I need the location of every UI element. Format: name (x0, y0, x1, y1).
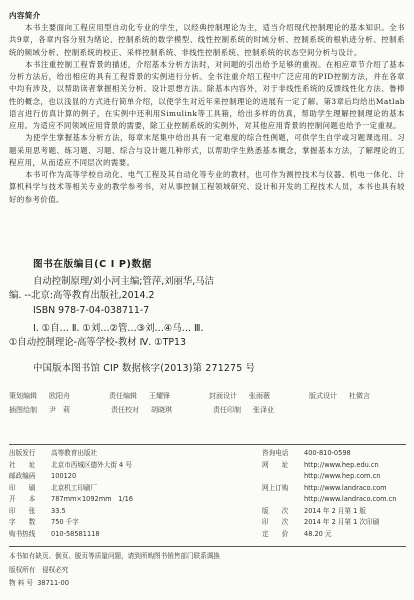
pub-value: 750 千字 (51, 517, 79, 529)
pub-row: 开 本787mm×1092mm 1/16 (9, 494, 133, 506)
quality-notice: 本书如有缺页、倒页、脱页等质量问题，请到所购图书销售部门联系调换 (9, 550, 220, 564)
publication-info-left: 出版发行高等教育出版社 社 址北京市西城区德外大街 4 号 邮政编码100120… (9, 448, 133, 540)
material-number-label: 物 料 号 (9, 579, 33, 587)
intro-title: 内容简介 (9, 10, 41, 21)
pub-row: 咨询电话400-810-0598 (262, 448, 396, 460)
credit-person: 欧阳舟 (49, 389, 70, 403)
credit-role: 责任编辑 (109, 389, 149, 403)
pub-label: 购书热线 (9, 529, 45, 541)
pub-label (262, 494, 298, 506)
credit-item: 责任印制张泽业 (213, 403, 315, 417)
pub-row: 定 价48.20 元 (262, 529, 396, 541)
pub-value: 2014 年 2 月第 1 版 (304, 506, 366, 518)
pub-value: 010-58581118 (51, 529, 100, 541)
pub-row: 印 次2014 年 2 月第 1 次印刷 (262, 517, 396, 529)
pub-row: 出版发行高等教育出版社 (9, 448, 133, 460)
copyright-notice: 版权所有 侵权必究 (9, 564, 220, 578)
divider-top (9, 444, 406, 445)
credit-item: 策划编辑欧阳舟 (9, 389, 109, 403)
credit-person: 杜微言 (349, 389, 370, 403)
order-link[interactable]: http://www.landraco.com (304, 483, 387, 495)
pub-row: 网 址http://www.hep.edu.cn (262, 460, 396, 472)
pub-value: 2014 年 2 月第 1 次印刷 (304, 517, 379, 529)
cip-record: 自动控制原理/刘小河主编;管萍,刘丽华,马洁 编. --北京:高等教育出版社,2… (9, 275, 289, 318)
pub-label: 开 本 (9, 494, 45, 506)
pub-value: 400-810-0598 (304, 448, 351, 460)
cip-class-line-1: Ⅰ. ①自… Ⅱ. ①刘…②管…③刘…④马… Ⅲ. (9, 322, 329, 336)
pub-value: 33.5 (51, 506, 66, 518)
credit-item: 插图绘制尹 莉 (9, 403, 111, 417)
intro-paragraph: 本书可作为高等学校自动化、电气工程及其自动化等专业的教材，也可作为测控技术与仪器… (9, 169, 405, 206)
pub-value: 100120 (51, 471, 76, 483)
credit-person: 王耀锋 (149, 389, 170, 403)
pub-label: 印 刷 (9, 483, 45, 495)
credit-role: 责任印制 (213, 403, 253, 417)
divider-bottom (9, 546, 406, 547)
pub-value: 北京市西城区德外大街 4 号 (51, 460, 132, 472)
pub-value: 48.20 元 (304, 529, 332, 541)
credit-person: 张泽业 (253, 403, 274, 417)
intro-paragraph: 为使学生掌握基本分析方法，每章末尾集中给出具有一定难度的综合性例题，可供学生自学… (9, 132, 405, 169)
pub-label: 出版发行 (9, 448, 45, 460)
pub-row: 网上订购http://www.landraco.com (262, 483, 396, 495)
material-number-row: 物 料 号 38711-00 (9, 577, 220, 591)
pub-label: 定 价 (262, 529, 298, 541)
pub-label: 社 址 (9, 460, 45, 472)
credits-row-2: 插图绘制尹 莉 责任校对胡晓琪 责任印制张泽业 (9, 403, 409, 417)
intro-body: 本书主要面向工程应用型自动化专业的学生，以经典控制理论为主，适当介绍现代控制理论… (9, 22, 405, 206)
intro-paragraph: 本书注重控制工程背景的描述，介绍基本分析方法时，对问题的引出给予足够的重视。在相… (9, 59, 405, 133)
cip-line-1: 自动控制原理/刘小河主编;管萍,刘丽华,马洁 (9, 275, 289, 289)
cip-classification: Ⅰ. ①自… Ⅱ. ①刘…②管…③刘…④马… Ⅲ. ①自动控制理论-高等学校-教… (9, 322, 329, 351)
order-link[interactable]: http://www.landraco.com.cn (304, 494, 396, 506)
cip-line-2: 编. --北京:高等教育出版社,2014.2 (9, 289, 289, 303)
pub-label: 网上订购 (262, 483, 298, 495)
credit-person: 张雨薇 (249, 389, 270, 403)
credit-item: 责任编辑王耀锋 (109, 389, 209, 403)
credits-row-1: 策划编辑欧阳舟 责任编辑王耀锋 封面设计张雨薇 版式设计杜微言 (9, 389, 409, 403)
pub-label: 版 次 (262, 506, 298, 518)
credit-role: 责任校对 (111, 403, 151, 417)
cip-heading: 图书在版编目(C I P)数据 (33, 256, 152, 270)
website-link[interactable]: http://www.hep.com.cn (304, 471, 380, 483)
credit-item: 版式设计杜微言 (309, 389, 409, 403)
credit-role: 封面设计 (209, 389, 249, 403)
pub-row: http://www.landraco.com.cn (262, 494, 396, 506)
material-number: 38711-00 (37, 579, 69, 587)
credit-item: 责任校对胡晓琪 (111, 403, 213, 417)
pub-row: 印 张33.5 (9, 506, 133, 518)
pub-value: 北京机工印刷厂 (51, 483, 97, 495)
pub-value: 高等教育出版社 (51, 448, 97, 460)
pub-label: 印 张 (9, 506, 45, 518)
publication-info-right: 咨询电话400-810-0598 网 址http://www.hep.edu.c… (262, 448, 396, 540)
cip-class-line-2: ①自动控制理论-高等学校-教材 Ⅳ. ①TP13 (9, 336, 329, 350)
credit-item: 封面设计张雨薇 (209, 389, 309, 403)
pub-row: 字 数750 千字 (9, 517, 133, 529)
pub-row: http://www.hep.com.cn (262, 471, 396, 483)
website-link[interactable]: http://www.hep.edu.cn (304, 460, 379, 472)
credit-person: 尹 莉 (49, 403, 70, 417)
pub-label: 字 数 (9, 517, 45, 529)
pub-label: 邮政编码 (9, 471, 45, 483)
pub-row: 印 刷北京机工印刷厂 (9, 483, 133, 495)
credit-role: 版式设计 (309, 389, 349, 403)
pub-label (262, 471, 298, 483)
footer: 本书如有缺页、倒页、脱页等质量问题，请到所购图书销售部门联系调换 版权所有 侵权… (9, 550, 220, 591)
cip-record-number: 中国版本图书馆 CIP 数据核字(2013)第 271275 号 (33, 360, 255, 374)
pub-row: 社 址北京市西城区德外大街 4 号 (9, 460, 133, 472)
credit-role: 插图绘制 (9, 403, 49, 417)
pub-label: 网 址 (262, 460, 298, 472)
pub-row: 购书热线010-58581118 (9, 529, 133, 541)
pub-row: 邮政编码100120 (9, 471, 133, 483)
pub-row: 版 次2014 年 2 月第 1 版 (262, 506, 396, 518)
pub-label: 咨询电话 (262, 448, 298, 460)
credit-person: 胡晓琪 (151, 403, 172, 417)
pub-label: 印 次 (262, 517, 298, 529)
credits: 策划编辑欧阳舟 责任编辑王耀锋 封面设计张雨薇 版式设计杜微言 插图绘制尹 莉 … (9, 389, 409, 417)
intro-paragraph: 本书主要面向工程应用型自动化专业的学生，以经典控制理论为主，适当介绍现代控制理论… (9, 22, 405, 59)
cip-isbn: ISBN 978-7-04-038711-7 (9, 304, 289, 318)
credit-role: 策划编辑 (9, 389, 49, 403)
pub-value: 787mm×1092mm 1/16 (51, 494, 133, 506)
